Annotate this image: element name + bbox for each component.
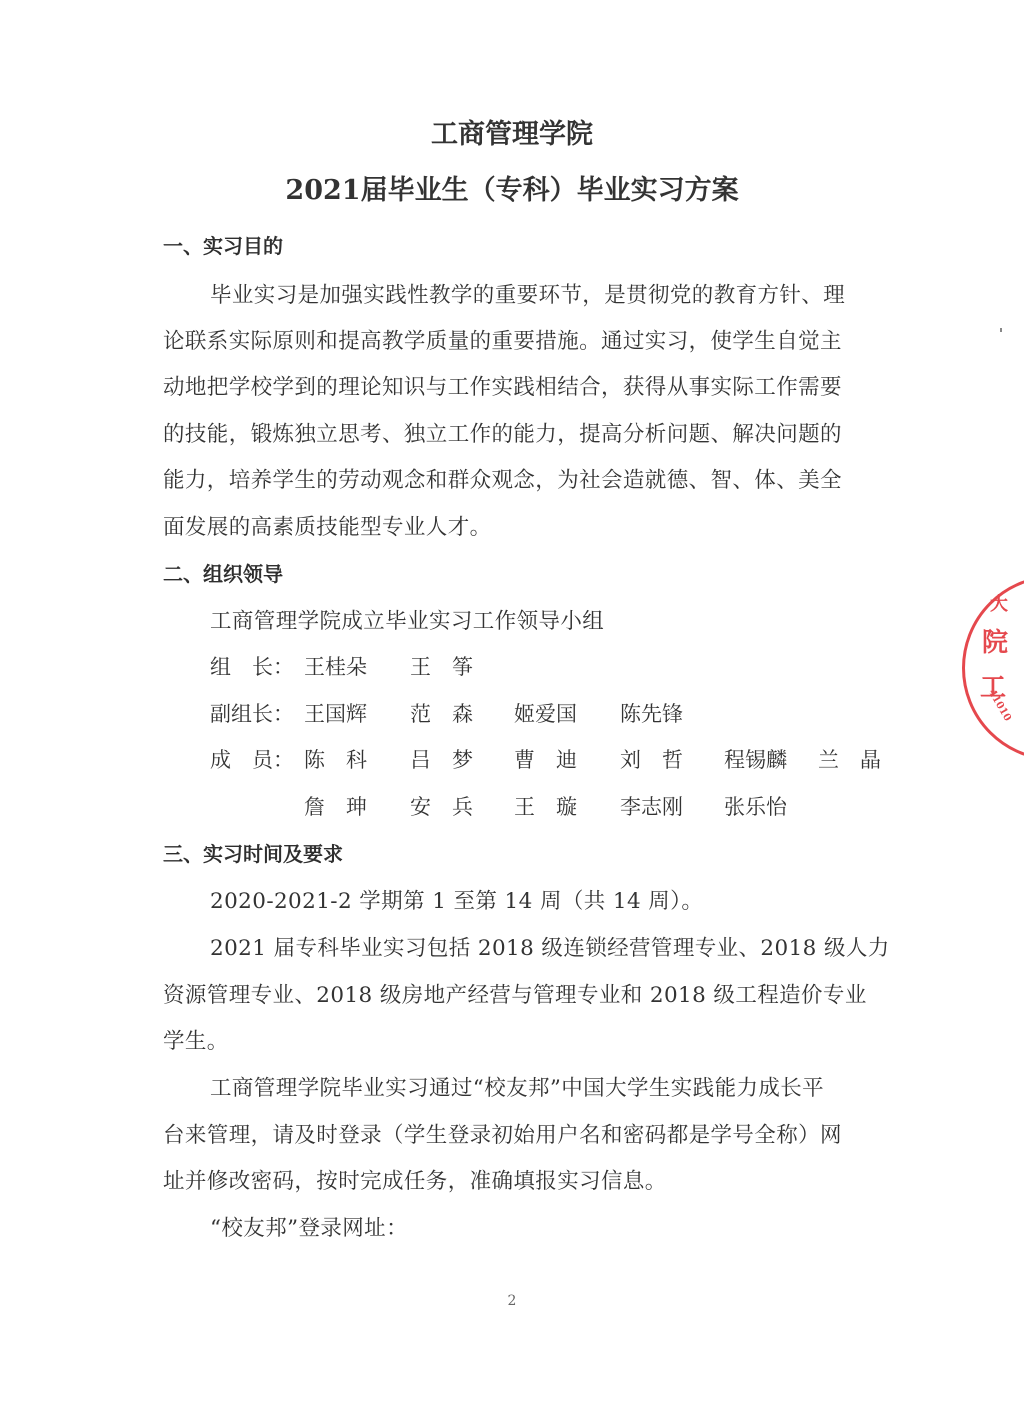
document-page: 工商管理学院 2021届毕业生（专科）毕业实习方案 一、实习目的 毕业实习是加强…: [0, 0, 1024, 1408]
leader-label: 组 长：: [210, 651, 294, 681]
member-name: 兰 晶: [818, 744, 881, 774]
paragraph-line: 面发展的高素质技能型专业人才。: [163, 510, 492, 541]
deputy-name: 范 森: [410, 698, 473, 728]
paragraph-line: 工商管理学院毕业实习通过“校友邦”中国大学生实践能力成长平: [210, 1071, 824, 1102]
seal-char: 大: [990, 590, 1008, 616]
member-label: 成 员：: [210, 744, 294, 774]
paragraph-line: 毕业实习是加强实践性教学的重要环节，是贯彻党的教育方针、理: [210, 278, 845, 309]
paragraph-line: 动地把学校学到的理论知识与工作实践相结合，获得从事实际工作需要: [163, 370, 842, 401]
document-title: 工商管理学院: [0, 112, 1024, 151]
leader-name: 王桂朵: [304, 651, 367, 681]
page-number: 2: [0, 1293, 1024, 1309]
deputy-name: 王国辉: [304, 698, 367, 728]
section-heading-purpose: 一、实习目的: [163, 230, 283, 259]
deputy-name: 姬爱国: [514, 698, 577, 728]
member-name: 程锡麟: [724, 744, 787, 774]
paragraph-line: “校友邦”登录网址：: [210, 1211, 408, 1242]
paragraph-line: 2021 届专科毕业实习包括 2018 级连锁经营管理专业、2018 级人力: [210, 931, 890, 962]
organization-intro: 工商管理学院成立毕业实习工作领导小组: [210, 604, 604, 635]
scan-speck: [1000, 328, 1002, 332]
member-name: 李志刚: [620, 791, 683, 821]
member-name: 王 璇: [514, 791, 577, 821]
paragraph-line: 能力，培养学生的劳动观念和群众观念，为社会造就德、智、体、美全: [163, 463, 842, 494]
seal-char: 院: [982, 622, 1008, 659]
deputy-label: 副组长：: [210, 698, 294, 728]
member-name: 吕 梦: [410, 744, 473, 774]
member-name: 刘 哲: [620, 744, 683, 774]
paragraph-line: 学生。: [163, 1024, 229, 1055]
member-name: 詹 珅: [304, 791, 367, 821]
leader-name: 王 筝: [410, 651, 473, 681]
paragraph-line: 2020-2021-2 学期第 1 至第 14 周（共 14 周）。: [210, 884, 703, 915]
member-name: 陈 科: [304, 744, 367, 774]
section-heading-organization: 二、组织领导: [163, 558, 283, 587]
paragraph-line: 台来管理，请及时登录（学生登录初始用户名和密码都是学号全称）网: [163, 1118, 842, 1149]
document-subtitle: 2021届毕业生（专科）毕业实习方案: [0, 168, 1024, 207]
paragraph-line: 资源管理专业、2018 级房地产经营与管理专业和 2018 级工程造价专业: [163, 978, 867, 1009]
member-name: 安 兵: [410, 791, 473, 821]
paragraph-line: 论联系实际原则和提高教学质量的重要措施。通过实习，使学生自觉主: [163, 324, 842, 355]
section-heading-schedule: 三、实习时间及要求: [163, 838, 343, 867]
member-name: 曹 迪: [514, 744, 577, 774]
deputy-name: 陈先锋: [620, 698, 683, 728]
member-name: 张乐怡: [724, 791, 787, 821]
paragraph-line: 的技能，锻炼独立思考、独立工作的能力，提高分析问题、解决问题的: [163, 417, 842, 448]
paragraph-line: 址并修改密码，按时完成任务，准确填报实习信息。: [163, 1164, 667, 1195]
